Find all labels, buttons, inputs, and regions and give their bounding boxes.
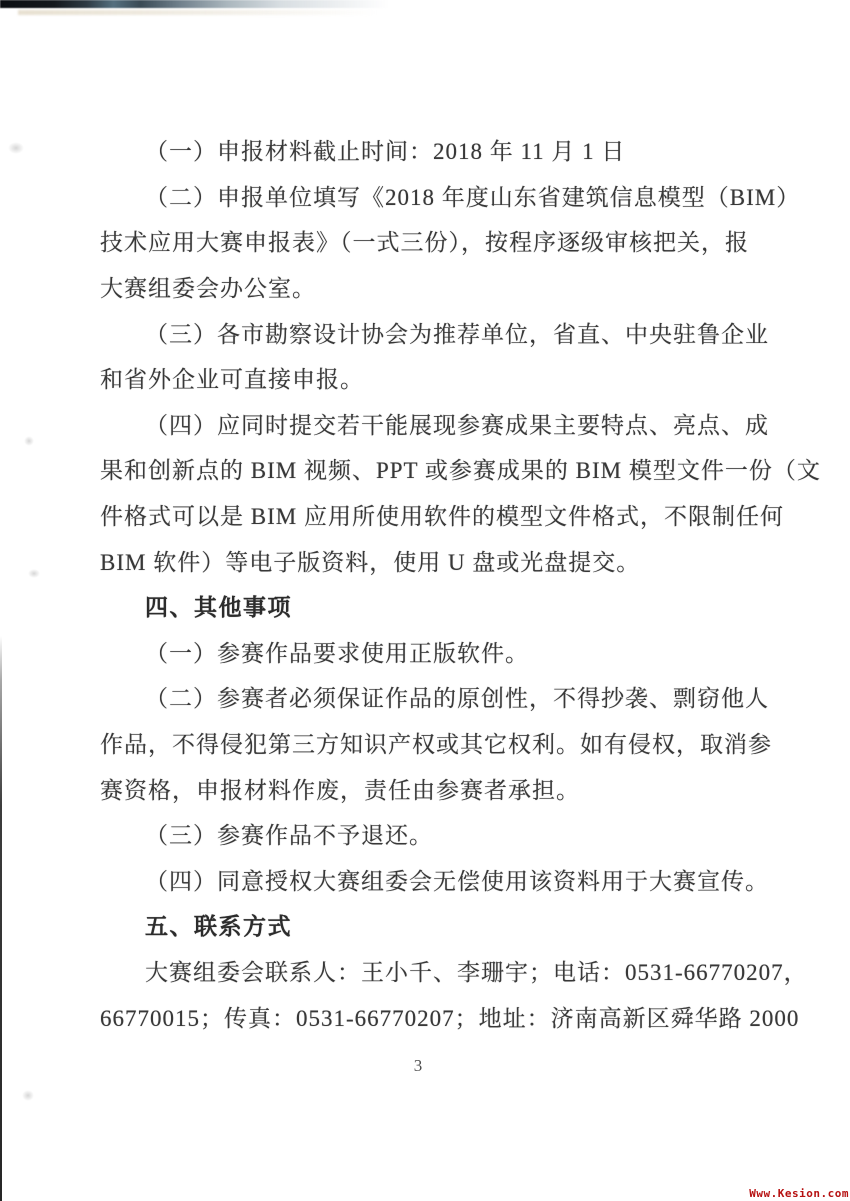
scan-artifact-top-smear bbox=[18, 10, 378, 15]
doc-line: BIM 软件）等电子版资料，使用 U 盘或光盘提交。 bbox=[100, 537, 756, 583]
watermark-kesion: Www.Kesion.com bbox=[749, 1187, 849, 1200]
doc-line: 大赛组委会联系人：王小千、李珊宇；电话：0531-66770207， bbox=[100, 948, 756, 994]
doc-line: （三）各市勘察设计协会为推荐单位，省直、中央驻鲁企业 bbox=[100, 309, 756, 355]
doc-line: （四）同意授权大赛组委会无偿使用该资料用于大赛宣传。 bbox=[100, 857, 756, 903]
page-number: 3 bbox=[0, 1056, 836, 1076]
scanned-document-page: （一）申报材料截止时间：2018 年 11 月 1 日 （二）申报单位填写《20… bbox=[0, 0, 850, 1201]
scan-smudge bbox=[8, 142, 24, 154]
document-body: （一）申报材料截止时间：2018 年 11 月 1 日 （二）申报单位填写《20… bbox=[100, 127, 756, 1039]
doc-line: （二）申报单位填写《2018 年度山东省建筑信息模型（BIM） bbox=[100, 173, 756, 219]
doc-line: 赛资格，申报材料作废，责任由参赛者承担。 bbox=[100, 765, 756, 811]
section-heading-contact-info: 五、联系方式 bbox=[100, 902, 756, 948]
doc-line: （一）申报材料截止时间：2018 年 11 月 1 日 bbox=[100, 127, 756, 173]
doc-line: 果和创新点的 BIM 视频、PPT 或参赛成果的 BIM 模型文件一份（文 bbox=[100, 446, 756, 492]
doc-line: （一）参赛作品要求使用正版软件。 bbox=[100, 629, 756, 675]
doc-line: （二）参赛者必须保证作品的原创性，不得抄袭、剽窃他人 bbox=[100, 674, 756, 720]
scan-artifact-top-strip bbox=[0, 0, 540, 8]
doc-line: 技术应用大赛申报表》（一式三份），按程序逐级审核把关，报 bbox=[100, 218, 756, 264]
doc-line: 和省外企业可直接申报。 bbox=[100, 355, 756, 401]
scan-artifact-left-edge bbox=[0, 636, 2, 1201]
doc-line: 作品，不得侵犯第三方知识产权或其它权利。如有侵权，取消参 bbox=[100, 720, 756, 766]
doc-line: （三）参赛作品不予退还。 bbox=[100, 811, 756, 857]
scan-smudge bbox=[28, 569, 40, 578]
doc-line: （四）应同时提交若干能展现参赛成果主要特点、亮点、成 bbox=[100, 401, 756, 447]
scan-smudge bbox=[24, 436, 34, 446]
scan-smudge bbox=[22, 1090, 34, 1101]
doc-line: 大赛组委会办公室。 bbox=[100, 264, 756, 310]
doc-line: 件格式可以是 BIM 应用所使用软件的模型文件格式，不限制任何 bbox=[100, 492, 756, 538]
section-heading-other-matters: 四、其他事项 bbox=[100, 583, 756, 629]
doc-line: 66770015；传真：0531-66770207；地址：济南高新区舜华路 20… bbox=[100, 993, 756, 1039]
